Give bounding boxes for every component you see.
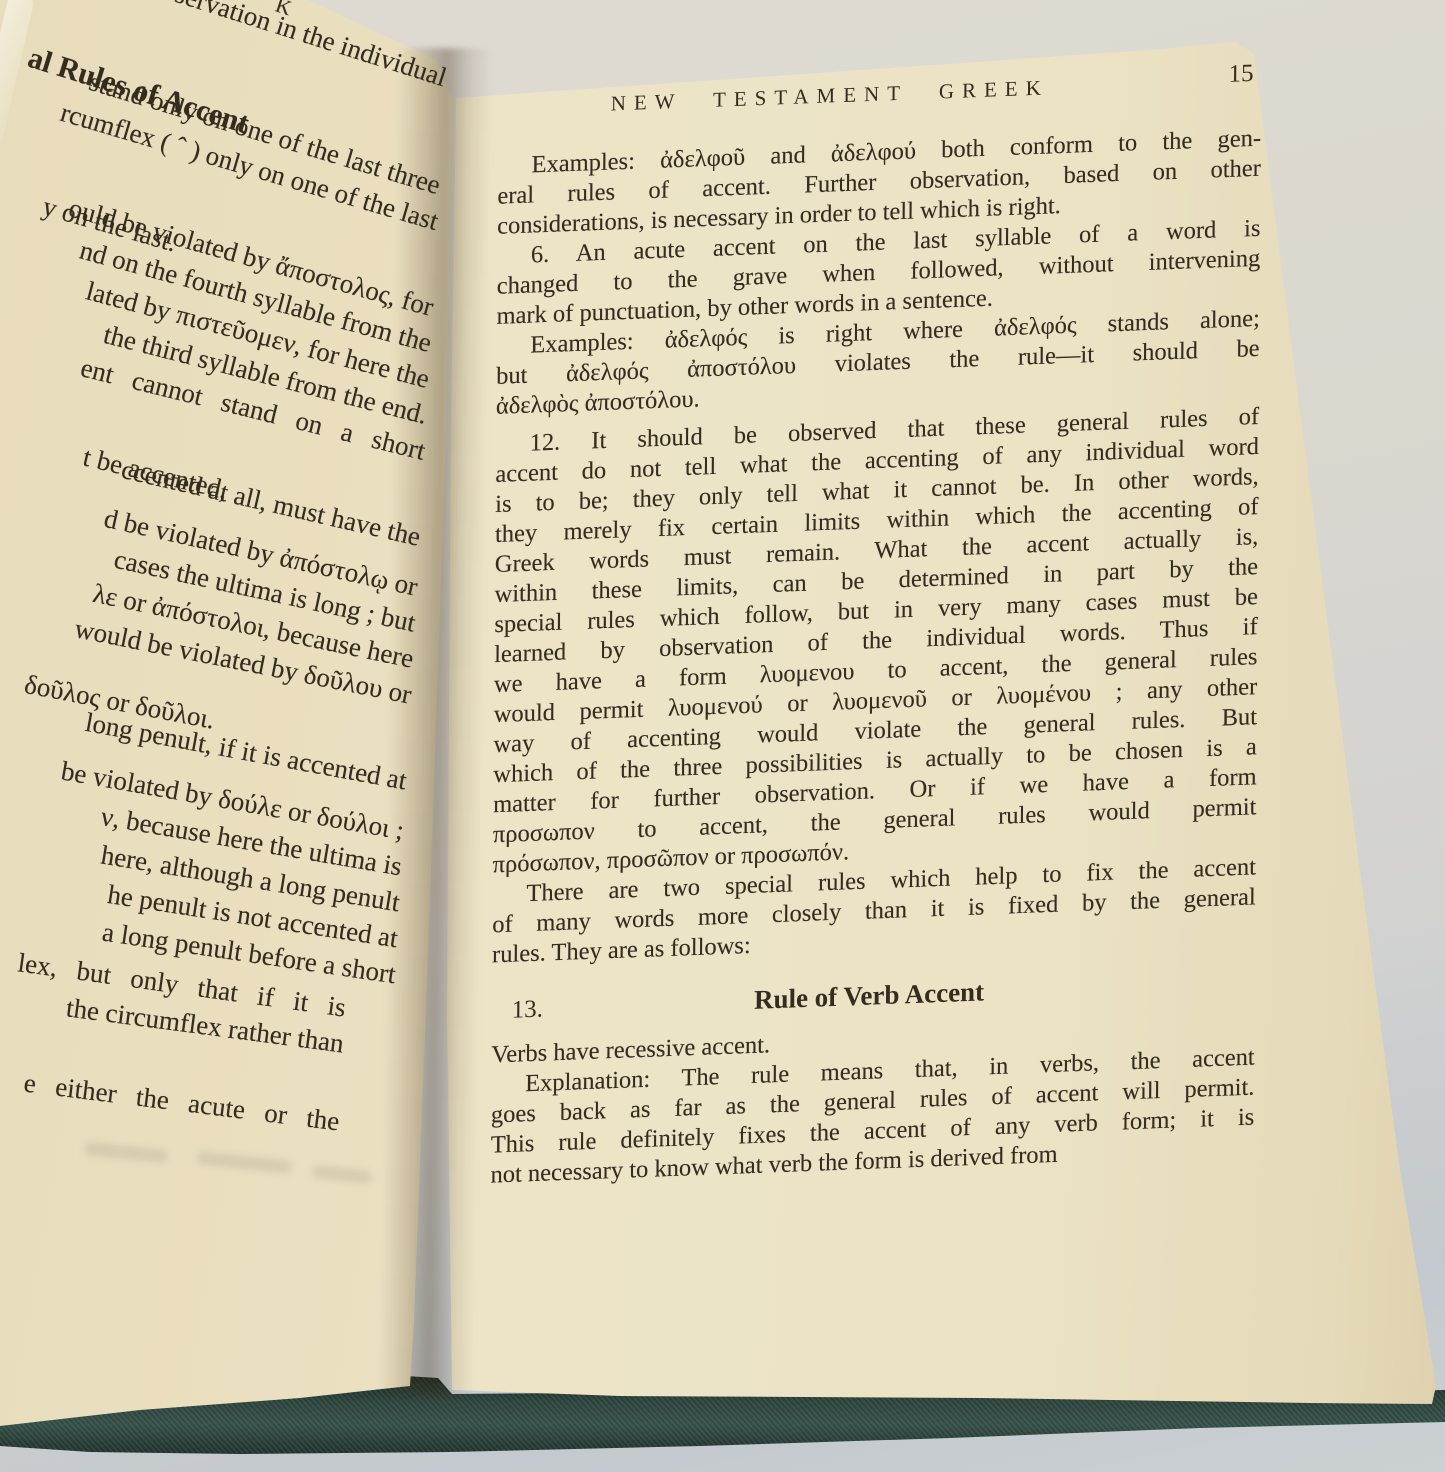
page-number: 15	[1228, 60, 1253, 89]
left-page-text: N T G R E E Kd by observation in the ind…	[0, 0, 450, 1142]
right-page-paragraphs-top: Examples: ἀδελφοῦ and ἀδελφού both confo…	[492, 124, 1261, 971]
section-title: Rule of Verb Accent	[543, 969, 1196, 1024]
right-page-text: NEW TESTAMENT GREEK 15 Examples: ἀδελφοῦ…	[490, 66, 1261, 1191]
book-photo: { "palette": { "paper": "#ece3c5", "ink"…	[0, 0, 1445, 1472]
section-number: 13.	[492, 996, 543, 1026]
right-page-paragraphs-bottom: Verbs have recessive accent.Explanation:…	[490, 1012, 1255, 1190]
